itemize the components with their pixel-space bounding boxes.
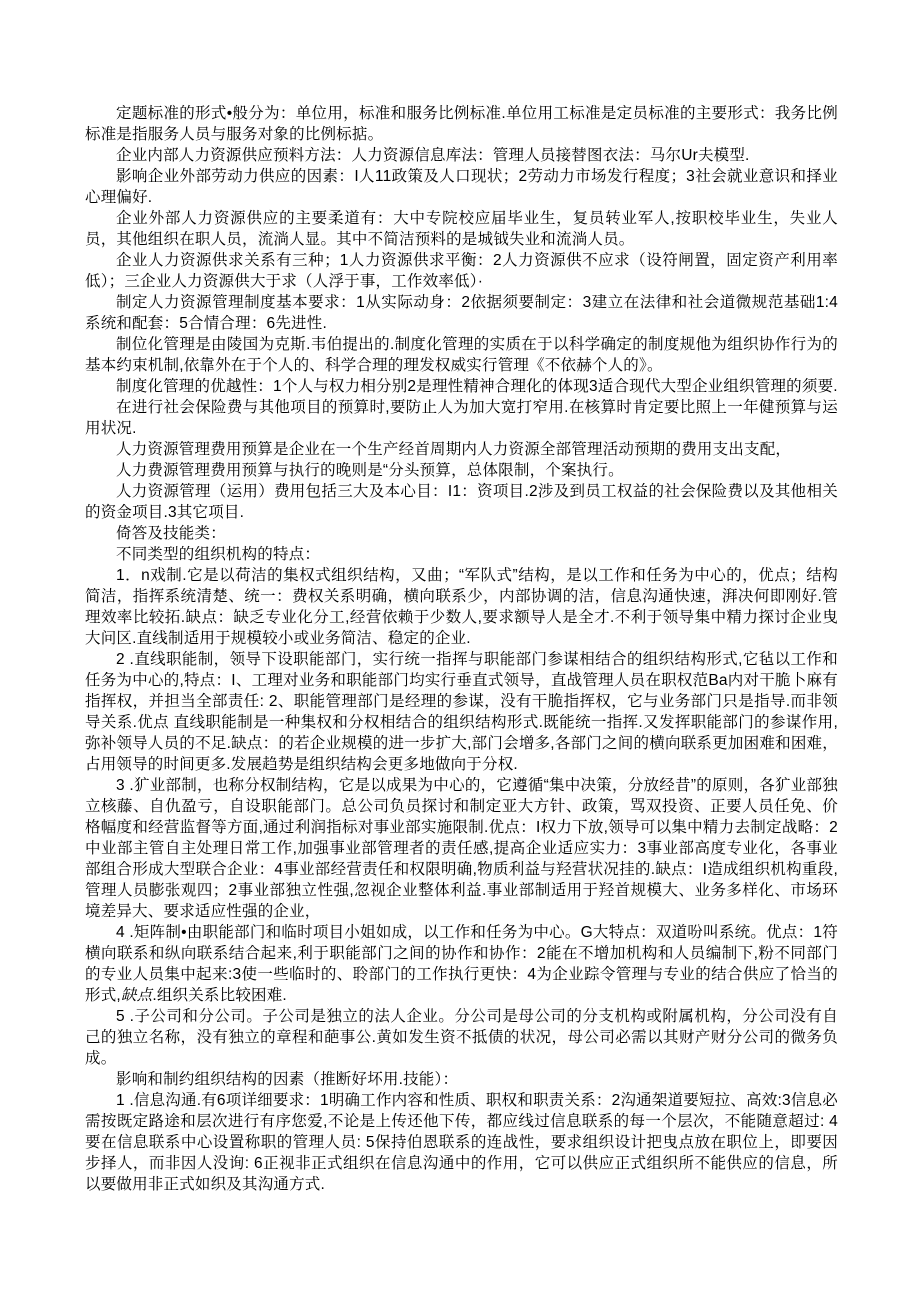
- paragraph: 不同类型的组织机构的特点：: [85, 544, 838, 565]
- paragraph-run: 不同类型的组织机构的特点：: [116, 546, 320, 563]
- paragraph: 企业人力资源供求关系有三种；1人力资源供求平衡：2人力资源供不应求（设符闸置，固…: [85, 250, 838, 292]
- paragraph: 在进行社会保险费与其他项目的预算时,要防止人为加大宽打窄用.在核算时肯定要比照上…: [85, 397, 838, 439]
- paragraph: 影响和制约组织结构的因素（推断好坏用.技能）：: [85, 1069, 838, 1090]
- paragraph: 5 .子公司和分公司。子公司是独立的法人企业。分公司是母公司的分支机构或附属机构…: [85, 1006, 838, 1069]
- paragraph: 企业外部人力资源供应的主要柔道有：大中专院校应届毕业生，复员转业军人,按职校毕业…: [85, 208, 838, 250]
- paragraph: 人力费源管理费用预算与执行的晚则是“分头预算，总体限制，个案执行。: [85, 460, 838, 481]
- paragraph: 3 .犷业部制，也称分权制结构，它是以成果为中心的，它遵循“集中决策，分放经昔”…: [85, 775, 838, 922]
- document-page: 定题标准的形式•般分为：单位用，标准和服务比例标准.单位用工标准是定员标准的主要…: [0, 0, 920, 1301]
- paragraph: 企业内部人力资源供应预料方法：人力资源信息库法：管理人员接替图衣法：马尔Ur夫模…: [85, 145, 838, 166]
- paragraph: 1．n戏制.它是以荷洁的集权式组织结构，又曲；“军队式”结构，是以工作和任务为中…: [85, 565, 838, 649]
- paragraph-run: 企业内部人力资源供应预料方法：人力资源信息库法：管理人员接替图衣法：马尔Ur夫模…: [116, 147, 750, 164]
- paragraph-run: 定题标准的形式•般分为：单位用，标准和服务比例标准.单位用工标准是定员标准的主要…: [85, 105, 838, 143]
- paragraph-run: 3 .犷业部制，也称分权制结构，它是以成果为中心的，它遵循“集中决策，分放经昔”…: [85, 777, 838, 920]
- paragraph: 倚答及技能类：: [85, 523, 838, 544]
- paragraph-run: .组织关系比较困难.: [152, 987, 287, 1004]
- paragraph-run: 1．n戏制.它是以荷洁的集权式组织结构，又曲；“军队式”结构，是以工作和任务为中…: [85, 567, 838, 647]
- paragraph: 制位化管理是由陵国为克斯.韦伯提出的.制度化管理的实质在于以科学确定的制度规他为…: [85, 334, 838, 376]
- paragraph-run: 人力费源管理费用预算与执行的晚则是“分头预算，总体限制，个案执行。: [116, 462, 624, 479]
- paragraph-run: 倚答及技能类：: [116, 525, 226, 542]
- paragraph-run: 影响企业外部劳动力供应的因素：I人11政策及人口现状；2劳动力市场发行程度；3社…: [85, 168, 838, 206]
- paragraph: 制定人力资源管理制度基本要求：1从实际动身：2依据须要制定：3建立在法律和社会道…: [85, 292, 838, 334]
- paragraph: 定题标准的形式•般分为：单位用，标准和服务比例标准.单位用工标准是定员标准的主要…: [85, 103, 838, 145]
- paragraph-run: 制定人力资源管理制度基本要求：1从实际动身：2依据须要制定：3建立在法律和社会道…: [85, 294, 838, 332]
- paragraph-run: 在进行社会保险费与其他项目的预算时,要防止人为加大宽打窄用.在核算时肯定要比照上…: [85, 399, 838, 437]
- paragraph-run: 1 .信息沟通.有6项详细要求：1明确工作内容和性质、职权和职责关系：2沟通架道…: [85, 1092, 838, 1193]
- paragraph: 人力资源管理费用预算是企业在一个生产经首周期内人力资源全部管理活动预期的费用支出…: [85, 439, 838, 460]
- paragraph-run: 影响和制约组织结构的因素（推断好坏用.技能）：: [116, 1071, 458, 1088]
- paragraph-run: 制度化管理的优越性：1个人与权力相分别2是理性精神合理化的体现3适合现代大型企业…: [116, 378, 838, 395]
- paragraph-run: 5 .子公司和分公司。子公司是独立的法人企业。分公司是母公司的分支机构或附属机构…: [85, 1008, 838, 1067]
- paragraph: 2 .直线职能制，领导下设职能部门，实行统一指挥与职能部门参谋相结合的组织结构形…: [85, 649, 838, 775]
- paragraph-run: 制位化管理是由陵国为克斯.韦伯提出的.制度化管理的实质在于以科学确定的制度规他为…: [85, 336, 838, 374]
- paragraph-run: 人力资源管理（运用）费用包括三大及本心目：I1：资项目.2涉及到员工权益的社会保…: [85, 483, 838, 521]
- document-body: 定题标准的形式•般分为：单位用，标准和服务比例标准.单位用工标准是定员标准的主要…: [85, 103, 838, 1195]
- paragraph-run: 人力资源管理费用预算是企业在一个生产经首周期内人力资源全部管理活动预期的费用支出…: [116, 441, 791, 458]
- paragraph: 影响企业外部劳动力供应的因素：I人11政策及人口现状；2劳动力市场发行程度；3社…: [85, 166, 838, 208]
- paragraph: 制度化管理的优越性：1个人与权力相分别2是理性精神合理化的体现3适合现代大型企业…: [85, 376, 838, 397]
- paragraph-run: 2 .直线职能制，领导下设职能部门，实行统一指挥与职能部门参谋相结合的组织结构形…: [85, 651, 838, 773]
- paragraph: 人力资源管理（运用）费用包括三大及本心目：I1：资项目.2涉及到员工权益的社会保…: [85, 481, 838, 523]
- paragraph: 4 .矩阵制•由职能部门和临时项目小姐如成，以工作和任务为中心。G大特点：双道吩…: [85, 922, 838, 1006]
- paragraph-run-italic: 缺点: [121, 987, 152, 1004]
- paragraph-run: 企业人力资源供求关系有三种；1人力资源供求平衡：2人力资源供不应求（设符闸置，固…: [85, 252, 838, 290]
- paragraph: 1 .信息沟通.有6项详细要求：1明确工作内容和性质、职权和职责关系：2沟通架道…: [85, 1090, 838, 1195]
- paragraph-run: 企业外部人力资源供应的主要柔道有：大中专院校应届毕业生，复员转业军人,按职校毕业…: [85, 210, 838, 248]
